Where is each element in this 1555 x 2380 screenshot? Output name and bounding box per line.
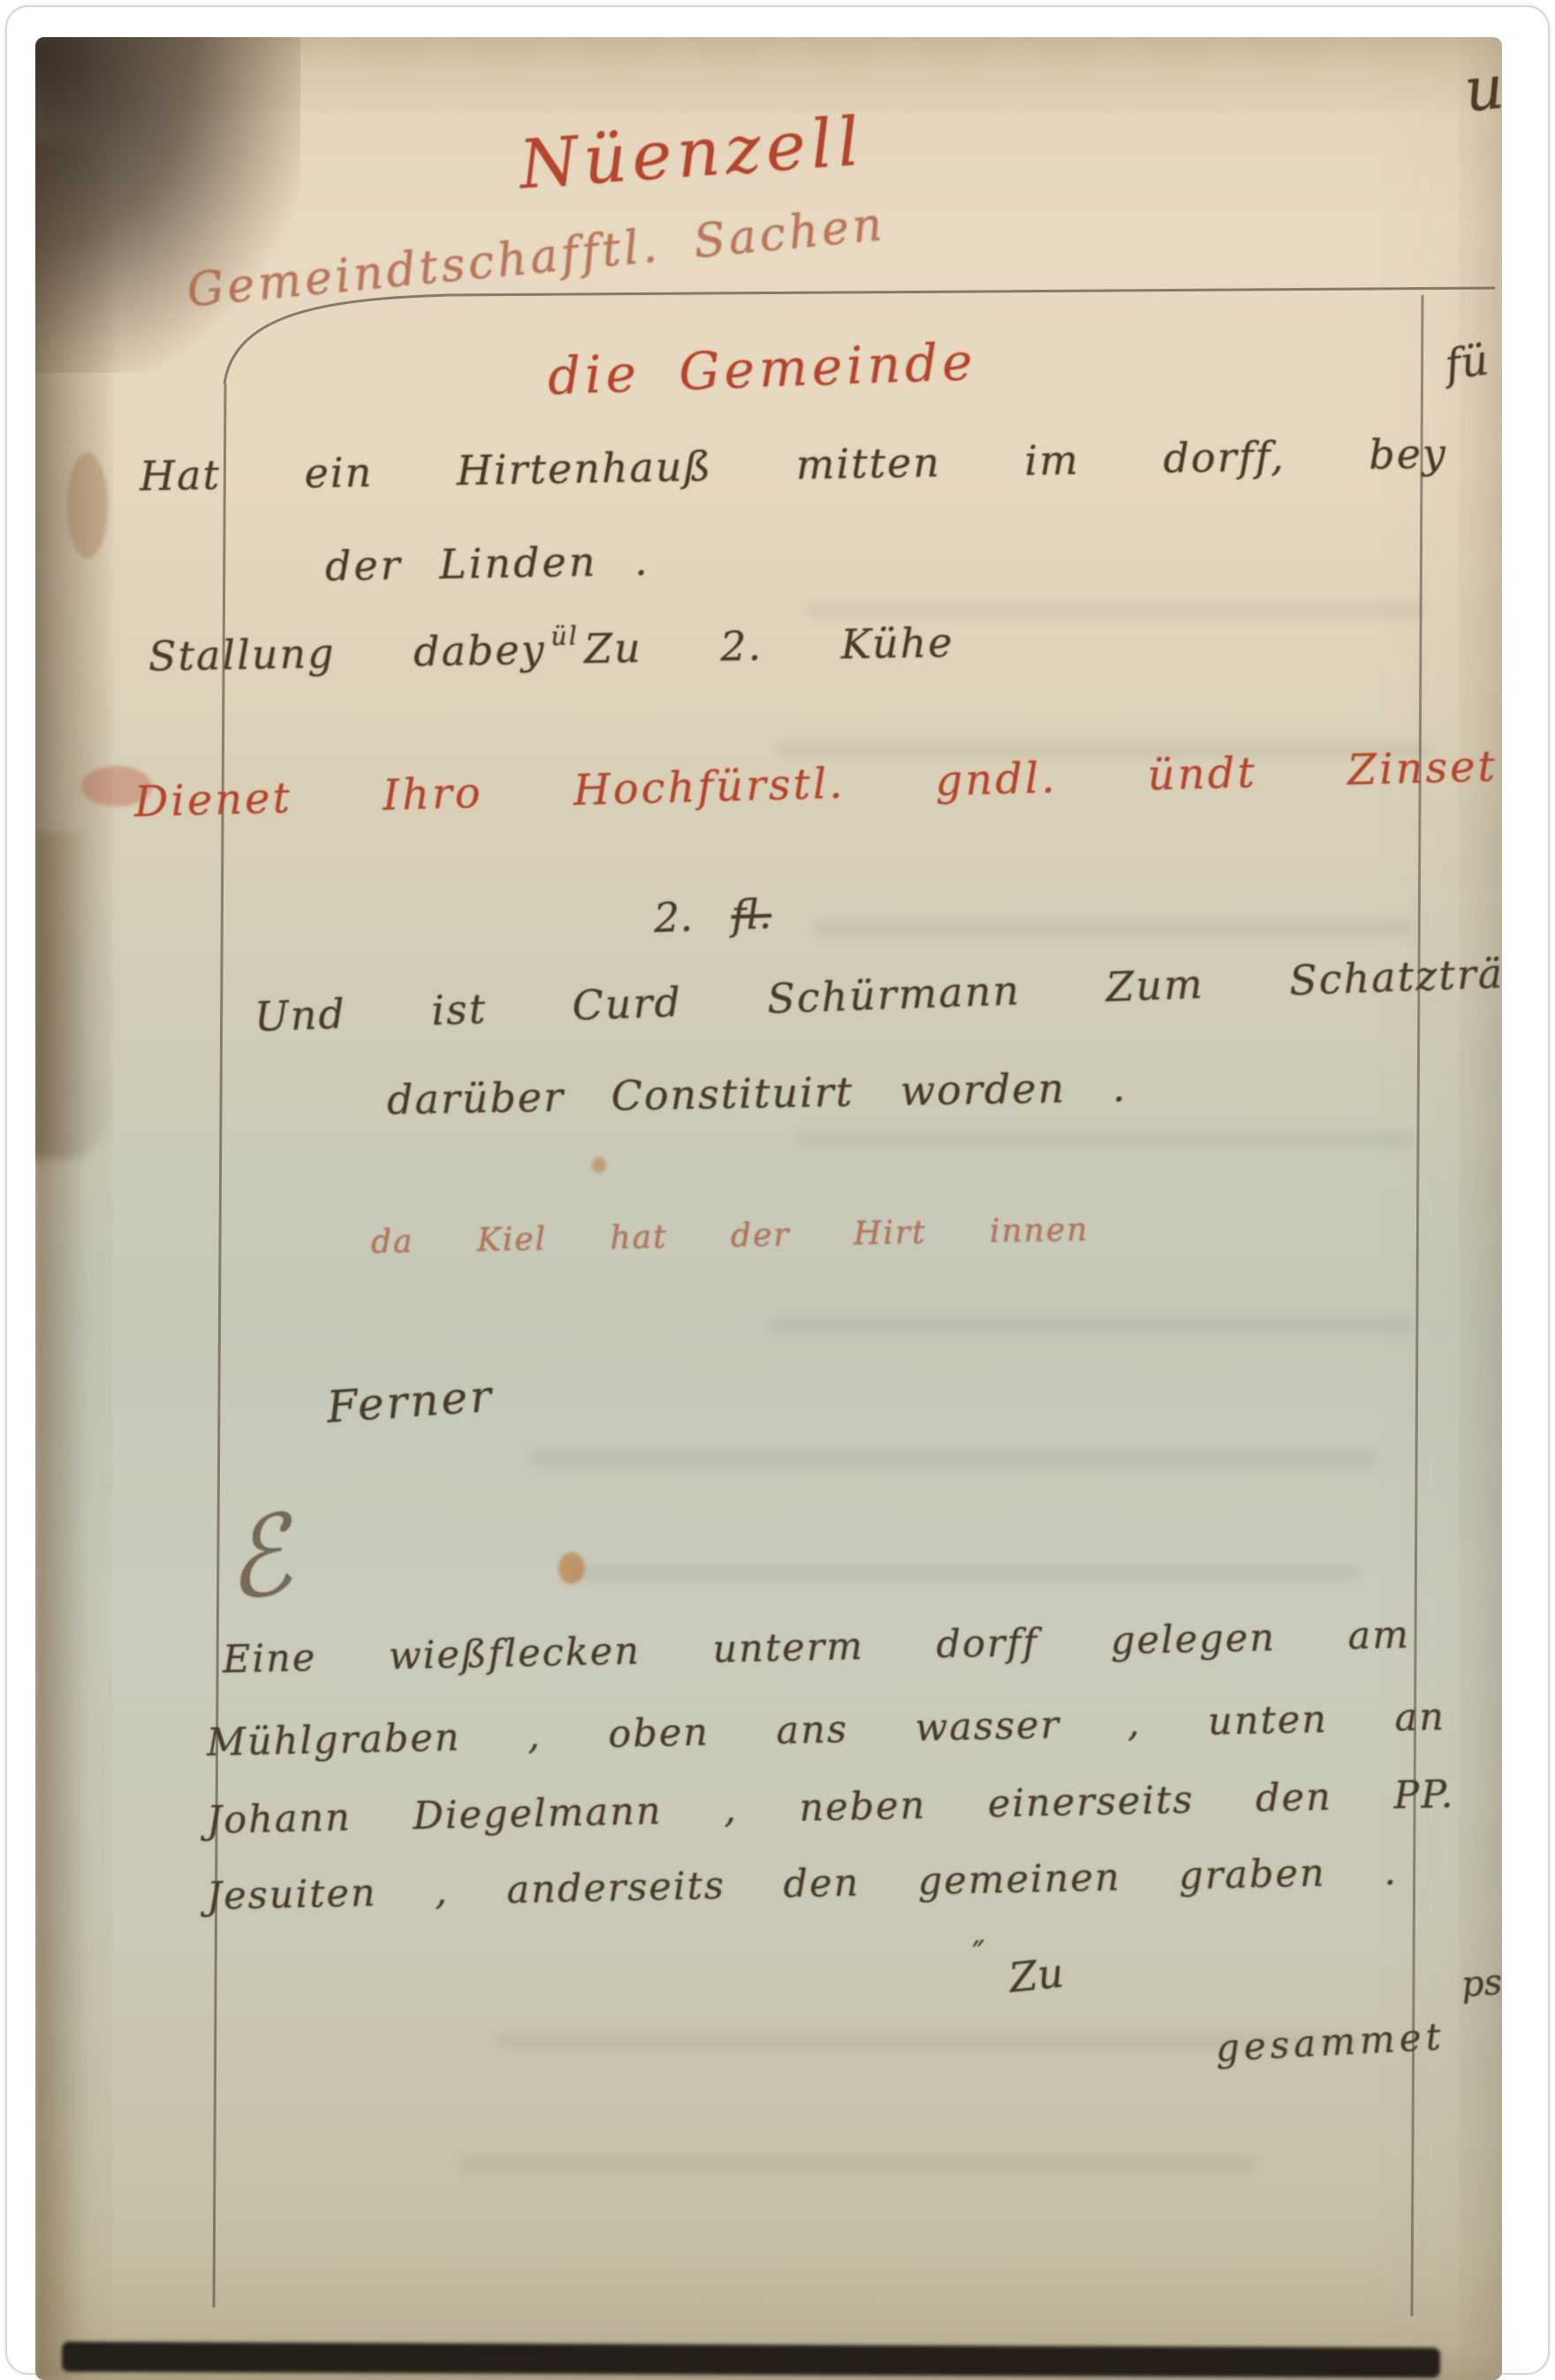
zins-amount: 2. xyxy=(653,892,694,941)
stallung-text-pre: Stallung dabey xyxy=(148,625,547,680)
stallung-text-post: Zu 2. Kühe xyxy=(584,618,954,672)
desk-shadow xyxy=(62,2342,1440,2378)
photo-card: u Nüenzell Gemeindtschafftl. Sachen die … xyxy=(5,5,1550,2375)
hirtenhaus-line-2: der Linden . xyxy=(325,537,651,590)
manuscript-photo: u Nüenzell Gemeindtschafftl. Sachen die … xyxy=(35,37,1502,2380)
catchword-line: ˝Zu xyxy=(990,1949,1066,2004)
margin-note: fü xyxy=(1442,335,1491,390)
zins-amount-line: 2. fl. xyxy=(653,890,772,942)
folio-mark: u xyxy=(1461,53,1502,126)
edge-fragment: ps xyxy=(1460,1962,1502,2005)
zins-amount-struck: fl. xyxy=(731,890,772,939)
stallung-insertion-mark: ül xyxy=(550,621,579,651)
catchword: Zu xyxy=(1006,1949,1066,2002)
